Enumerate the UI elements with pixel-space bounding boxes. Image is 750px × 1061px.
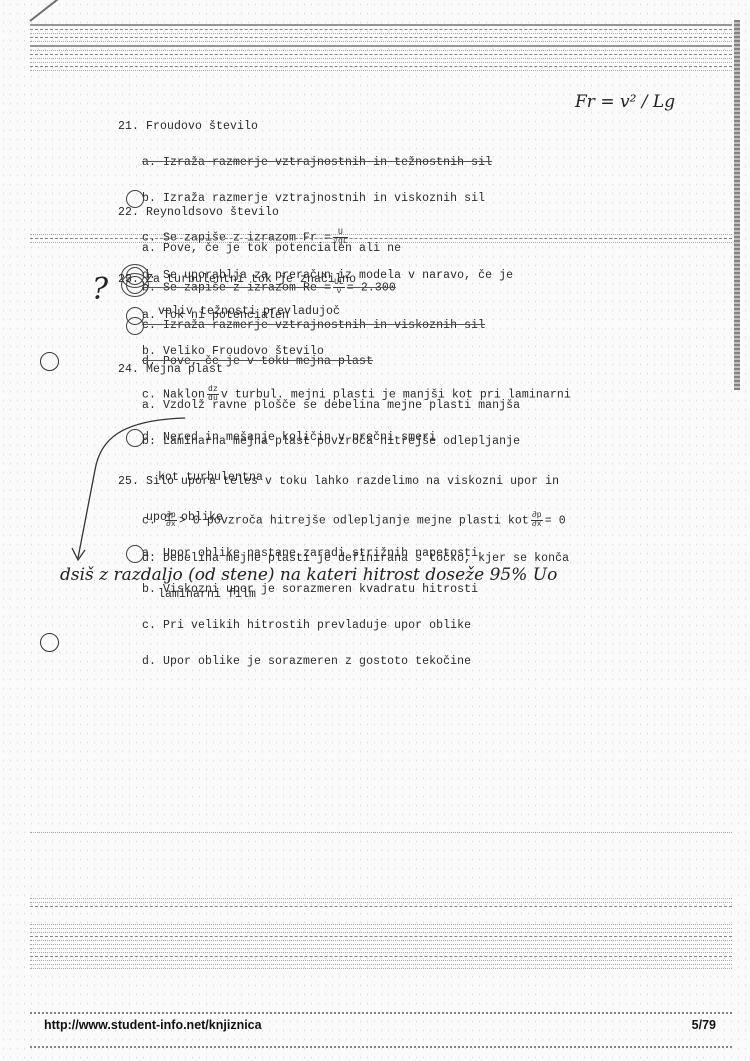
margin-stamp — [40, 633, 59, 652]
question-title: 21. Froudovo število — [118, 121, 513, 133]
footer-bottom-rule — [30, 1046, 732, 1049]
handwritten-froude-formula: Fr = v² / Lg — [575, 92, 675, 112]
footer-url-link[interactable]: http://www.student-info.net/knjiznica — [44, 1018, 262, 1032]
scan-artifact-diagonal — [29, 0, 62, 22]
answer-mark-circle — [126, 545, 144, 563]
question-title: 25. Silo upora teles v toku lahko razdel… — [118, 476, 559, 488]
footer-rule — [30, 1012, 732, 1015]
handwritten-note: dsiš z razdaljo (od stene) na kateri hit… — [60, 565, 557, 585]
option-a: a. Upor oblike nastane zaradi strižnih n… — [118, 548, 559, 560]
option-a: a. Izraža razmerje vztrajnostnih in težn… — [118, 157, 513, 169]
option-b: b. Viskozni upor je sorazmeren kvadratu … — [118, 584, 559, 596]
scan-artifact-edge — [734, 20, 740, 390]
scan-artifact-top — [30, 22, 732, 74]
page-number: 5/79 — [692, 1018, 716, 1032]
handwritten-question-mark: ? — [92, 272, 108, 307]
option-d: d. Upor oblike je sorazmeren z gostoto t… — [118, 656, 559, 668]
scan-artifact-bottom — [30, 830, 732, 972]
option-a: a. Tok ni potencialen — [118, 310, 571, 322]
question-title: 22. Reynoldsovo število — [118, 207, 485, 219]
question-title: 24. Mejna plast — [118, 364, 569, 376]
option-c: c. Pri velikih hitrostih prevladuje upor… — [118, 620, 559, 632]
question-title: 23. Za turbulentni tok je značilno — [118, 274, 571, 286]
answer-mark-circle — [126, 307, 144, 325]
margin-stamp — [40, 352, 59, 371]
question-title-continuation: upor oblike — [118, 512, 559, 524]
